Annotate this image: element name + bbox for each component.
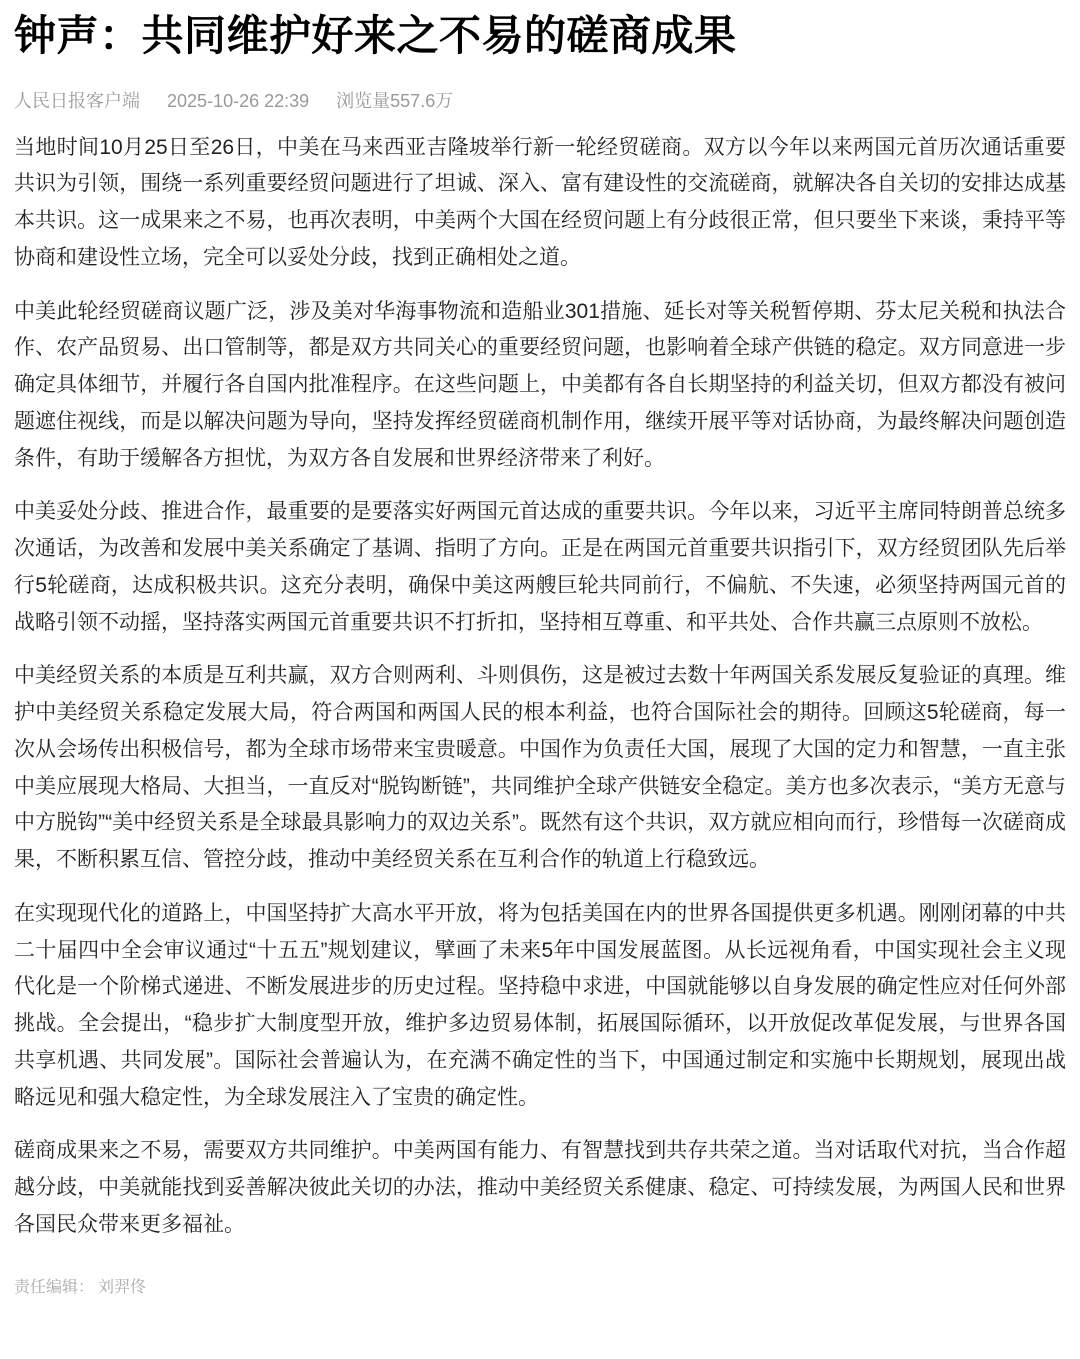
article-paragraph-4: 中美经贸关系的本质是互利共赢，双方合则两利、斗则俱伤，这是被过去数十年两国关系发… <box>14 658 1066 879</box>
editor-credit: 责任编辑：刘羿佟 <box>14 1274 1066 1297</box>
article-paragraph-5: 在实现现代化的道路上，中国坚持扩大高水平开放，将为包括美国在内的世界各国提供更多… <box>14 896 1066 1117</box>
view-count: 浏览量557.6万 <box>336 91 453 111</box>
publish-datetime: 2025-10-26 22:39 <box>167 91 309 111</box>
article-meta: 人民日报客户端 2025-10-26 22:39 浏览量557.6万 <box>14 87 1066 113</box>
article-paragraph-6: 磋商成果来之不易，需要双方共同维护。中美两国有能力、有智慧找到共存共荣之道。当对… <box>14 1133 1066 1243</box>
article-body: 当地时间10月25日至26日，中美在马来西亚吉隆坡举行新一轮经贸磋商。双方以今年… <box>14 130 1066 1244</box>
article-title: 钟声：共同维护好来之不易的磋商成果 <box>14 10 1066 63</box>
editor-name: 刘羿佟 <box>98 1279 146 1296</box>
article-paragraph-3: 中美妥处分歧、推进合作，最重要的是要落实好两国元首达成的重要共识。今年以来，习近… <box>14 494 1066 641</box>
article-paragraph-1: 当地时间10月25日至26日，中美在马来西亚吉隆坡举行新一轮经贸磋商。双方以今年… <box>14 130 1066 277</box>
source-name: 人民日报客户端 <box>14 91 140 111</box>
article-page: 钟声：共同维护好来之不易的磋商成果 人民日报客户端 2025-10-26 22:… <box>0 0 1080 1327</box>
editor-label: 责任编辑： <box>14 1279 94 1296</box>
article-paragraph-2: 中美此轮经贸磋商议题广泛，涉及美对华海事物流和造船业301措施、延长对等关税暂停… <box>14 294 1066 478</box>
